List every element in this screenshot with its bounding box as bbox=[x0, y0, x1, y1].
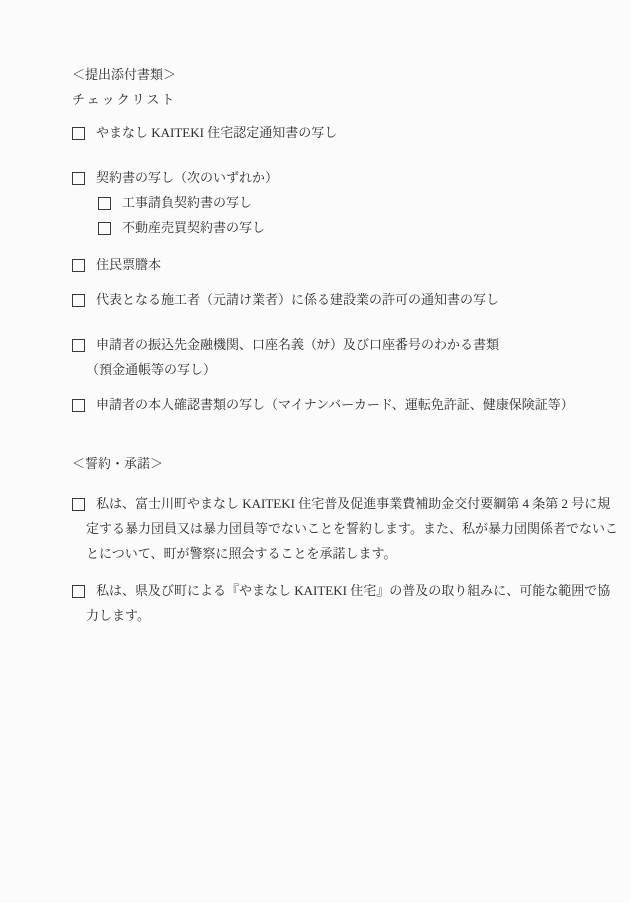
checklist-item-text: 申請者の本人確認書類の写し（マイナンバーカード、運転免許証、健康保険証等） bbox=[86, 392, 570, 417]
checkbox-icon bbox=[98, 222, 111, 235]
checkbox-icon bbox=[72, 172, 85, 185]
checklist-item-text: やまなし KAITEKI 住宅認定通知書の写し bbox=[86, 120, 570, 145]
checkbox-icon bbox=[72, 498, 85, 511]
checklist-item: 申請者の本人確認書類の写し（マイナンバーカード、運転免許証、健康保険証等） bbox=[72, 392, 570, 417]
attachments-section-title: ＜提出添付書類＞ bbox=[72, 62, 570, 87]
checklist-item-text: 契約書の写し（次のいずれか） bbox=[86, 165, 570, 190]
checkbox-icon bbox=[72, 399, 85, 412]
pledge-section-title: ＜誓約・承諾＞ bbox=[72, 451, 570, 476]
pledge-item: 私は、富士川町やまなし KAITEKI 住宅普及促進事業費補助金交付要綱第 4 … bbox=[72, 491, 570, 566]
checkbox-icon bbox=[72, 585, 85, 598]
checklist-sub-item-text: 不動産売買契約書の写し bbox=[112, 215, 570, 240]
checklist-item: 住民票謄本 bbox=[72, 252, 570, 277]
pledge-item-text: 私は、県及び町による『やまなし KAITEKI 住宅』の普及の取り組みに、可能な… bbox=[86, 578, 570, 603]
pledge-item: 私は、県及び町による『やまなし KAITEKI 住宅』の普及の取り組みに、可能な… bbox=[72, 578, 570, 628]
document-page: ＜提出添付書類＞ チェックリスト やまなし KAITEKI 住宅認定通知書の写し… bbox=[0, 0, 630, 903]
checklist-item-text: 代表となる施工者（元請け業者）に係る建設業の許可の通知書の写し bbox=[86, 287, 570, 312]
checklist-item-text: 申請者の振込先金融機関、口座名義（ｶﾅ）及び口座番号のわかる書類 bbox=[86, 332, 570, 357]
checkbox-icon bbox=[72, 294, 85, 307]
pledge-item-text-continuation: 力します。 bbox=[86, 603, 570, 628]
checkbox-icon bbox=[72, 259, 85, 272]
checkbox-icon bbox=[72, 339, 85, 352]
checklist-item: 代表となる施工者（元請け業者）に係る建設業の許可の通知書の写し bbox=[72, 287, 570, 312]
checklist-sub-item-text: 工事請負契約書の写し bbox=[112, 190, 570, 215]
checkbox-icon bbox=[72, 127, 85, 140]
checklist-subtitle: チェックリスト bbox=[72, 87, 570, 112]
checklist-item-text-continuation: （預金通帳等の写し） bbox=[86, 357, 570, 382]
pledge-item-text: 私は、富士川町やまなし KAITEKI 住宅普及促進事業費補助金交付要綱第 4 … bbox=[86, 491, 570, 516]
checklist-item: 申請者の振込先金融機関、口座名義（ｶﾅ）及び口座番号のわかる書類 （預金通帳等の… bbox=[72, 332, 570, 382]
pledge-item-text-continuation: とについて、町が警察に照会することを承諾します。 bbox=[86, 541, 570, 566]
pledge-item-text-continuation: 定する暴力団員又は暴力団員等でないことを誓約します。また、私が暴力団関係者でない… bbox=[86, 516, 570, 541]
checklist-item-text: 住民票謄本 bbox=[86, 252, 570, 277]
checkbox-icon bbox=[98, 197, 111, 210]
checklist-sub-item: 工事請負契約書の写し bbox=[98, 190, 570, 215]
checklist-sub-item: 不動産売買契約書の写し bbox=[98, 215, 570, 240]
checklist-item: やまなし KAITEKI 住宅認定通知書の写し bbox=[72, 120, 570, 145]
checklist-item: 契約書の写し（次のいずれか） bbox=[72, 165, 570, 190]
